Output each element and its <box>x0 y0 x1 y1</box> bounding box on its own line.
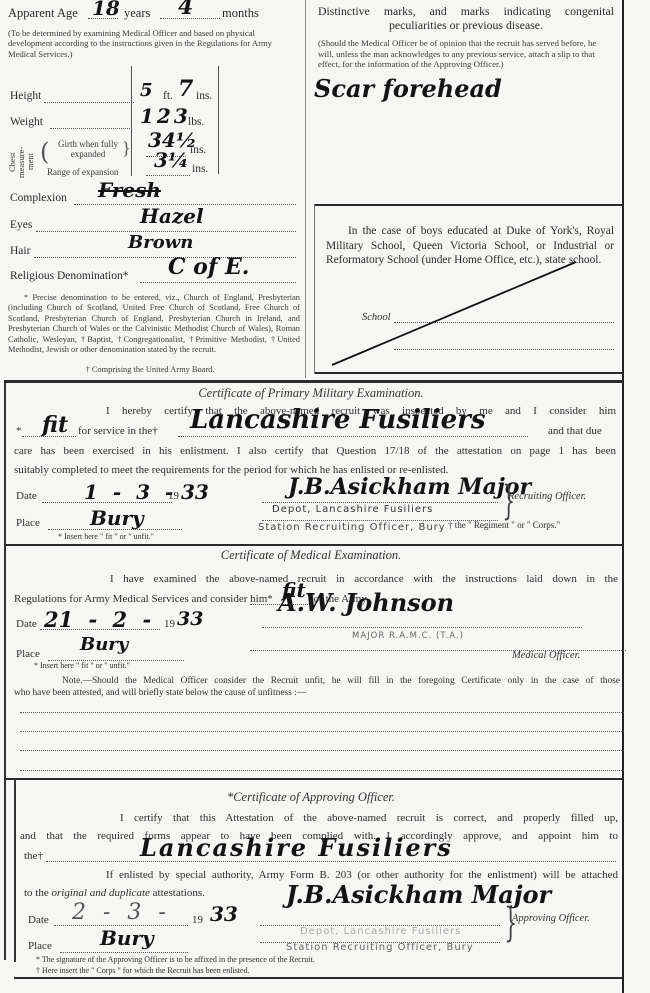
years-label: years <box>124 6 150 21</box>
service-label: for service in the† <box>78 425 158 437</box>
months-label: months <box>222 6 259 21</box>
primary-place-label: Place <box>16 517 40 529</box>
primary-line3: care has been exercised in his enlistmen… <box>14 445 616 457</box>
primary-place-value: Bury <box>90 506 144 530</box>
approving-line1: I certify that this Attestation of the a… <box>20 812 618 824</box>
primary-date-label: Date <box>16 490 37 502</box>
weight-value: 123 <box>140 104 191 128</box>
fit-prefix: * <box>16 425 22 437</box>
medical-signature: A.W. Johnson <box>278 588 454 617</box>
approving-year-value: 33 <box>210 902 238 926</box>
medical-year-value: 33 <box>177 608 203 630</box>
medical-top-border <box>4 544 622 546</box>
apparent-age-months: 4 <box>178 0 193 20</box>
hair-value: Brown <box>128 232 193 253</box>
religion-note: * Precise denomination to be entered, vi… <box>8 293 300 355</box>
approving-date-label: Date <box>28 914 49 926</box>
approving-stamp-line1: Depot, Lancashire Fusiliers <box>300 926 461 937</box>
hair-label: Hair <box>10 245 30 257</box>
height-ft-value: 5 <box>140 80 153 101</box>
ft-label: ft. <box>163 90 173 102</box>
approving-top-border <box>4 778 622 780</box>
medical-line1: I have examined the above-named recruit … <box>14 573 618 585</box>
primary-stamp-line2: Station Recruiting Officer, Bury <box>258 522 446 533</box>
approving-year-prefix: 19 <box>192 914 203 926</box>
school-strike-line <box>314 204 622 374</box>
medical-place-value: Bury <box>80 634 128 655</box>
unfitness-line-1[interactable] <box>20 712 624 713</box>
primary-role: Recruiting Officer. <box>508 491 586 502</box>
marks-heading-line2: peculiarities or previous disease. <box>318 18 614 32</box>
approving-footnote-2: † Here insert the " Corps " for which th… <box>36 966 250 975</box>
approving-corps-value: Lancashire Fusiliers <box>140 833 453 862</box>
lbs-label: lbs. <box>188 116 204 128</box>
left-border <box>4 380 6 960</box>
medical-stamp: MAJOR R.A.M.C. (T.A.) <box>352 631 464 641</box>
age-note: (To be determined by examining Medical O… <box>8 28 298 59</box>
girth-ins-label: ins. <box>190 144 206 156</box>
complexion-label: Complexion <box>10 192 67 204</box>
medical-date-label: Date <box>16 618 37 630</box>
range-of-expansion-label: Range of expansion <box>47 167 118 177</box>
primary-fit-value: fit <box>42 412 68 438</box>
religion-value: C of E. <box>168 254 249 280</box>
chest-measurement-label: Chest measure-ment <box>8 140 36 184</box>
medical-year-prefix: 19 <box>164 618 175 630</box>
unfitness-line-4[interactable] <box>20 770 624 771</box>
marks-heading-line1: Distinctive marks, and marks indicating … <box>318 4 614 18</box>
approving-bottom-border <box>14 977 622 979</box>
apparent-age-label: Apparent Age <box>8 6 78 21</box>
religion-footnote: † Comprising the United Army Board. <box>0 365 300 375</box>
primary-exam-title: Certificate of Primary Military Examinat… <box>0 386 622 401</box>
approving-place-label: Place <box>28 940 52 952</box>
primary-stamp-line1: Depot, Lancashire Fusiliers <box>272 504 433 515</box>
primary-line2-end: and that due <box>548 425 602 437</box>
approving-title: *Certificate of Approving Officer. <box>0 790 622 805</box>
primary-regiment-value: Lancashire Fusiliers <box>190 405 485 435</box>
marks-note: (Should the Medical Officer be of opinio… <box>318 38 614 70</box>
approving-place-value: Bury <box>100 926 154 950</box>
medical-place-label: Place <box>16 648 40 660</box>
medical-insert-note: * Insert here " fit " or " unfit." <box>34 661 130 670</box>
primary-top-border <box>4 380 622 383</box>
right-border <box>622 0 624 993</box>
apparent-age-years: 18 <box>92 0 120 20</box>
unfitness-line-3[interactable] <box>20 750 624 751</box>
medical-note-line2: who have been attested, and will briefly… <box>14 688 306 698</box>
primary-year-value: 33 <box>181 480 209 504</box>
medical-line2: Regulations for Army Medical Services an… <box>14 593 273 605</box>
medical-exam-title: Certificate of Medical Examination. <box>0 548 622 563</box>
ins-label: ins. <box>196 90 212 102</box>
primary-insert-note: * Insert here " fit " or " unfit." <box>58 532 154 541</box>
eyes-value: Hazel <box>140 204 204 228</box>
approving-line5: to the original and duplicate attestatio… <box>24 887 205 899</box>
approving-stamp-line2: Station Recruiting Officer, Bury <box>286 942 474 953</box>
primary-regiment-note: † the " Regiment " or " Corps." <box>448 520 560 530</box>
primary-date-value: 1 - 3 - <box>84 480 173 504</box>
medical-note-line1: Note.—Should the Medical Officer conside… <box>14 676 620 686</box>
primary-year-prefix: 19 <box>168 490 179 502</box>
approving-date-value: 2 - 3 - <box>72 900 166 925</box>
complexion-value: Fresh <box>98 178 161 202</box>
distinctive-marks-value: Scar forehead <box>314 74 502 103</box>
medical-role: Medical Officer. <box>512 650 580 661</box>
girth-label: Girth when fully expanded <box>46 139 130 160</box>
primary-signature: J.B.Asickham Major <box>288 474 531 500</box>
height-ins-value: 7 <box>178 76 193 102</box>
approving-role: Approving Officer. <box>512 913 590 924</box>
column-divider <box>305 0 306 378</box>
eyes-label: Eyes <box>10 219 32 231</box>
religion-label: Religious Denomination* <box>10 270 129 282</box>
unfitness-line-2[interactable] <box>20 731 624 732</box>
approving-footnote-1: * The signature of the Approving Officer… <box>36 955 315 964</box>
height-label: Height <box>10 90 41 102</box>
range-of-expansion-value: 3¼ <box>154 148 189 172</box>
approving-the-prefix: the† <box>24 850 43 862</box>
weight-label: Weight <box>10 116 43 128</box>
medical-date-value: 21 - 2 - <box>44 607 151 632</box>
range-ins-label: ins. <box>192 163 208 175</box>
